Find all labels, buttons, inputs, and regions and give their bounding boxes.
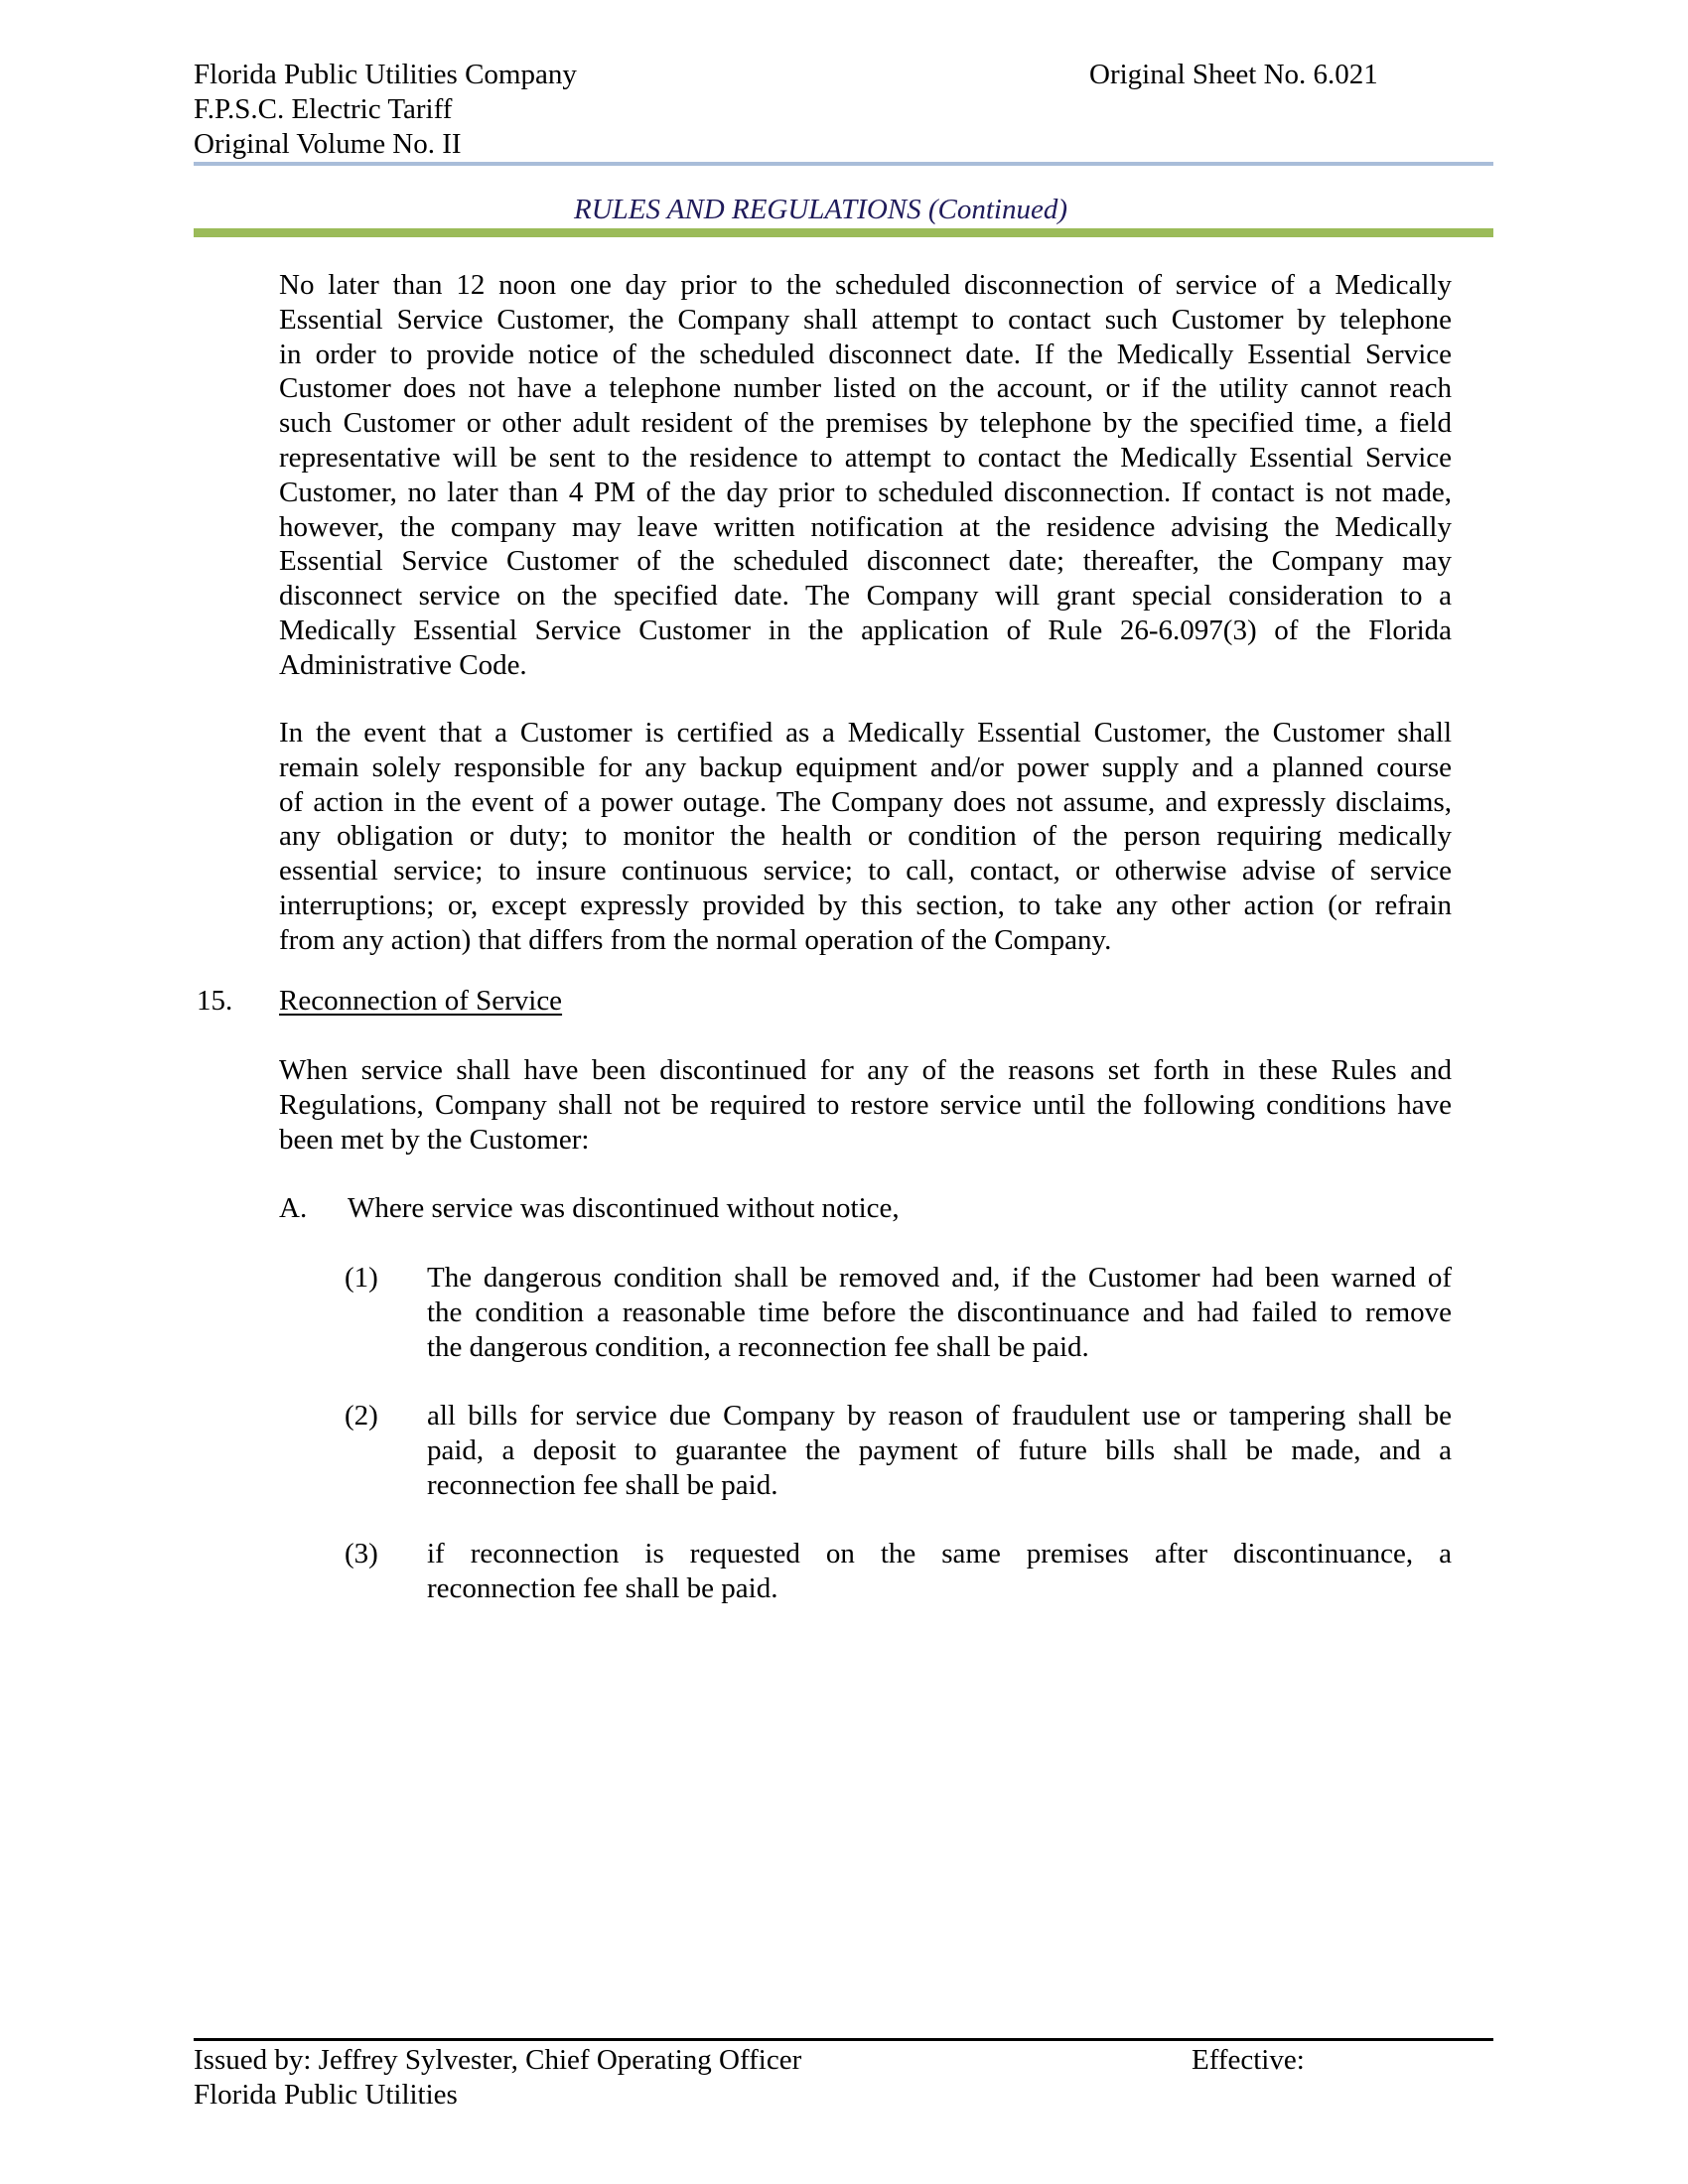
text-line: reconnection fee shall be paid.: [427, 1468, 1452, 1503]
text-line: if reconnection is requested on the same…: [427, 1537, 1452, 1571]
list-item: if reconnection is requested on the same…: [427, 1537, 1452, 1606]
section-intro: When service shall have been discontinue…: [279, 1053, 1452, 1157]
issued-by: Issued by: Jeffrey Sylvester, Chief Oper…: [194, 2043, 801, 2078]
text-line: Regulations, Company shall not be requir…: [279, 1088, 1452, 1123]
text-line: The dangerous condition shall be removed…: [427, 1261, 1452, 1296]
list-item: The dangerous condition shall be removed…: [427, 1261, 1452, 1364]
text-line: No later than 12 noon one day prior to t…: [279, 268, 1452, 303]
subsection-label: A.: [279, 1191, 307, 1226]
volume-label: Original Volume No. II: [194, 127, 577, 162]
section-number: 15.: [197, 984, 232, 1019]
text-line: essential service; to insure continuous …: [279, 854, 1452, 888]
text-line: remain solely responsible for any backup…: [279, 751, 1452, 785]
text-line: interruptions; or, except expressly prov…: [279, 888, 1452, 923]
text-line: in order to provide notice of the schedu…: [279, 338, 1452, 372]
text-line: of action in the event of a power outage…: [279, 785, 1452, 820]
text-line: representative will be sent to the resid…: [279, 441, 1452, 476]
section-heading: Reconnection of Service: [279, 984, 562, 1019]
item-label: (2): [345, 1399, 378, 1433]
text-line: any obligation or duty; to monitor the h…: [279, 819, 1452, 854]
header-divider-green: [194, 228, 1493, 237]
company-name: Florida Public Utilities Company: [194, 58, 577, 92]
footer-divider: [194, 2038, 1493, 2041]
sheet-number: Original Sheet No. 6.021: [1089, 58, 1378, 92]
subsection-text: Where service was discontinued without n…: [348, 1191, 900, 1226]
text-line: from any action) that differs from the n…: [279, 923, 1452, 958]
tariff-name: F.P.S.C. Electric Tariff: [194, 92, 577, 127]
text-line: been met by the Customer:: [279, 1123, 1452, 1158]
paragraph-customer-responsibility: In the event that a Customer is certifie…: [279, 716, 1452, 958]
footer-company: Florida Public Utilities: [194, 2078, 801, 2113]
footer-issuer-block: Issued by: Jeffrey Sylvester, Chief Oper…: [194, 2043, 801, 2113]
text-line: reconnection fee shall be paid.: [427, 1571, 1452, 1606]
text-line: however, the company may leave written n…: [279, 510, 1452, 545]
header-divider-blue: [194, 162, 1493, 166]
text-line: Customer does not have a telephone numbe…: [279, 371, 1452, 406]
item-label: (3): [345, 1537, 378, 1571]
paragraph-medically-essential-notice: No later than 12 noon one day prior to t…: [279, 268, 1452, 683]
text-line: Essential Service Customer, the Company …: [279, 303, 1452, 338]
text-line: Administrative Code.: [279, 648, 1452, 683]
text-line: all bills for service due Company by rea…: [427, 1399, 1452, 1433]
text-line: disconnect service on the specified date…: [279, 579, 1452, 614]
list-item: all bills for service due Company by rea…: [427, 1399, 1452, 1502]
text-line: the dangerous condition, a reconnection …: [427, 1330, 1452, 1365]
effective-date-label: Effective:: [1192, 2043, 1305, 2078]
text-line: Essential Service Customer of the schedu…: [279, 544, 1452, 579]
text-line: When service shall have been discontinue…: [279, 1053, 1452, 1088]
text-line: such Customer or other adult resident of…: [279, 406, 1452, 441]
section-subtitle: RULES AND REGULATIONS (Continued): [574, 193, 1067, 226]
text-line: In the event that a Customer is certifie…: [279, 716, 1452, 751]
text-line: Customer, no later than 4 PM of the day …: [279, 476, 1452, 510]
item-label: (1): [345, 1261, 378, 1296]
text-line: Medically Essential Service Customer in …: [279, 614, 1452, 648]
text-line: paid, a deposit to guarantee the payment…: [427, 1433, 1452, 1468]
header-company-block: Florida Public Utilities Company F.P.S.C…: [194, 58, 577, 161]
text-line: the condition a reasonable time before t…: [427, 1296, 1452, 1330]
